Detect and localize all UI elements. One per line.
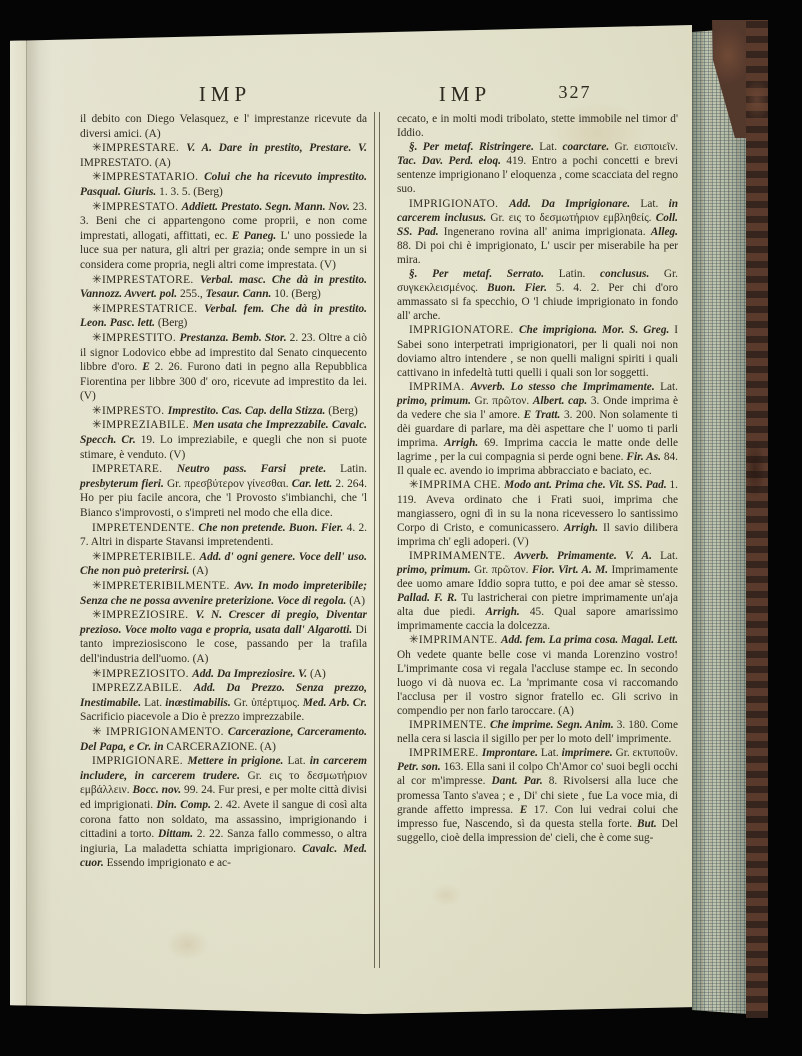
text-run: Dittam. — [158, 828, 197, 840]
text-run: Add. fem. La prima cosa. Magal. Lett. — [501, 634, 678, 646]
text-run: πρῶτον. — [492, 395, 533, 407]
text-run: il debito con Diego Velasquez, e l' impr… — [80, 113, 367, 140]
text-run: Fir. As. — [626, 451, 663, 463]
text-run: Tesaur. Cann. — [206, 288, 275, 300]
text-run: 255., — [180, 288, 206, 300]
dictionary-paragraph: ✳IMPRIMA CHE. Modo ant. Prima che. Vit. … — [397, 478, 678, 548]
dictionary-paragraph: IMPREZZABILE. Add. Da Prezzo. Senza prez… — [80, 681, 367, 725]
dictionary-paragraph: IMPRIGIONATO. Add. Da Imprigionare. Lat.… — [397, 197, 678, 267]
text-run: Bocc. nov. — [132, 784, 184, 796]
book-scan-photo: IMP IMP 327 il debito con Diego Velasque… — [0, 0, 802, 1056]
entry-headword: IMPRETARE. — [92, 463, 177, 475]
text-run: CARCERAZIONE. (A) — [166, 741, 275, 753]
dictionary-paragraph: IMPRIMAMENTE. Avverb. Primamente. V. A. … — [397, 549, 678, 634]
dictionary-paragraph: IMPRETENDENTE. Che non pretende. Buon. F… — [80, 521, 367, 550]
entry-headword: IMPRIGIONATORE. — [409, 324, 519, 336]
text-run: IMPRESTATO. (A) — [80, 157, 171, 169]
text-run: Dant. Par. — [491, 775, 548, 787]
text-run: presbyterum fieri. — [80, 478, 167, 490]
text-run: Addiett. Prestato. Segn. Mann. Nov. — [182, 201, 353, 213]
text-run: conclusus. — [600, 268, 664, 280]
text-run: Latin. — [559, 268, 600, 280]
text-run: V. A. Dare in prestito, Prestare. V. — [186, 142, 367, 154]
entry-headword: ✳IMPRETERIBILMENTE. — [92, 580, 234, 592]
page-gutter — [10, 24, 27, 1014]
text-run: Fior. Virt. A. M. — [532, 564, 612, 576]
text-run: Ingenerano rovina all' anima imprigionat… — [444, 226, 651, 238]
dictionary-paragraph: cecato, e in molti modi tribolato, stett… — [397, 112, 678, 140]
text-run: §. Per metaf. Serrato. — [409, 268, 559, 280]
text-run: Gr. — [490, 212, 508, 224]
text-run: cecato, e in molti modi tribolato, stett… — [397, 113, 678, 139]
text-run: imprimere. — [562, 747, 616, 759]
dictionary-paragraph: ✳ IMPRIGIONAMENTO. Carcerazione, Carcera… — [80, 725, 367, 754]
text-run: Sacrificio piacevole a Dio è prezzo impr… — [80, 711, 304, 723]
text-run: Oh vedete quante belle cose vi manda Lor… — [397, 649, 678, 717]
text-run: Che imprigiona. Mor. S. Greg. — [519, 324, 674, 336]
entry-headword: ✳IMPREZIOSITO. — [92, 668, 192, 680]
text-column-left: il debito con Diego Velasquez, e l' impr… — [80, 112, 367, 974]
text-run: Gr. — [615, 141, 634, 153]
dictionary-paragraph: il debito con Diego Velasquez, e l' impr… — [80, 112, 367, 141]
dictionary-paragraph: ✳IMPREZIABILE. Men usata che Imprezzabil… — [80, 418, 367, 462]
dictionary-paragraph: ✳IMPRESTATORE. Verbal. masc. Che dà in p… — [80, 273, 367, 302]
entry-headword: ✳IMPRIMANTE. — [409, 634, 501, 646]
text-run: Gr. — [475, 395, 493, 407]
text-run: Improntare. — [482, 747, 541, 759]
entry-headword: IMPRIGIONATO. — [409, 198, 509, 210]
text-run: 88. Di poi chi è imprigionato, L' uscir … — [397, 240, 678, 266]
dictionary-paragraph: ✳IMPRESTATARIO. Colui che ha ricevuto im… — [80, 170, 367, 199]
text-run: Med. Arb. Cr. — [303, 697, 367, 709]
text-run: πρεσβύτερον γίνεσθαι. — [184, 478, 291, 490]
dictionary-paragraph: §. Per metaf. Serrato. Latin. conclusus.… — [397, 267, 678, 323]
dictionary-paragraph: ✳IMPRIMANTE. Add. fem. La prima cosa. Ma… — [397, 633, 678, 718]
dictionary-paragraph: §. Per metaf. Ristringere. Lat. coarctar… — [397, 140, 678, 196]
entry-headword: IMPREZZABILE. — [92, 682, 194, 694]
text-run: Avverb. Primamente. V. A. — [514, 550, 660, 562]
text-run: E Tratt. — [524, 409, 564, 421]
text-run: Arrigh. — [564, 522, 603, 534]
text-run: Add. Da Impreziosire. V. — [192, 668, 310, 680]
running-head: IMP IMP 327 — [10, 82, 692, 108]
text-run: (A) — [349, 595, 365, 607]
text-run: coarctare. — [562, 141, 614, 153]
text-run: Modo ant. Prima che. Vit. SS. Pad. — [504, 479, 669, 491]
text-run: (Berg) — [328, 405, 358, 417]
entry-headword: IMPRIMENTE. — [409, 719, 490, 731]
text-run: §. Per metaf. Ristringere. — [409, 141, 539, 153]
text-run: Gr. — [616, 747, 633, 759]
dictionary-paragraph: ✳IMPRESTATRICE. Verbal. fem. Che dà in p… — [80, 302, 367, 331]
text-run: Add. Da Imprigionare. — [509, 198, 640, 210]
entry-headword: ✳IMPRESTARE. — [92, 142, 186, 154]
dictionary-paragraph: ✳IMPREZIOSIRE. V. N. Crescer di pregio, … — [80, 608, 367, 666]
text-run: Gr. — [247, 770, 269, 782]
text-run: Alleg. — [651, 226, 678, 238]
entry-headword: ✳ IMPRIGIONAMENTO. — [92, 726, 228, 738]
dictionary-paragraph: ✳IMPRESTO. Imprestito. Cas. Cap. della S… — [80, 404, 367, 419]
entry-headword: ✳IMPRESTITO. — [92, 332, 180, 344]
dictionary-paragraph: IMPRIMA. Avverb. Lo stesso che Imprimame… — [397, 380, 678, 479]
text-run: (A) — [310, 668, 326, 680]
text-run: Din. Comp. — [156, 799, 214, 811]
text-run: εισποιεῖν. — [634, 141, 678, 153]
dictionary-paragraph: IMPRIMENTE. Che imprime. Segn. Anim. 3. … — [397, 718, 678, 746]
entry-headword: IMPRETENDENTE. — [92, 522, 198, 534]
text-run: Lat. — [144, 697, 165, 709]
text-run: Buon. Fier. — [487, 282, 556, 294]
text-run: 1. 3. 5. (Berg) — [159, 186, 223, 198]
entry-headword: ✳IMPRESTATARIO. — [92, 171, 204, 183]
text-run: Albert. cap. — [533, 395, 591, 407]
text-run: (Berg) — [158, 317, 188, 329]
text-run: εκτυποῦν. — [633, 747, 678, 759]
text-run: Lat. — [539, 141, 562, 153]
text-run: E Paneg. — [232, 230, 281, 242]
text-run: Lat. — [541, 747, 562, 759]
text-run: Essendo imprigionato e ac- — [107, 857, 231, 869]
entry-headword: IMPRIGIONARE. — [92, 755, 187, 767]
dictionary-paragraph: IMPRETARE. Neutro pass. Farsi prete. Lat… — [80, 462, 367, 520]
text-run: Arrigh. — [444, 437, 484, 449]
text-run: (A) — [192, 565, 208, 577]
text-run: Mettere in prigione. — [187, 755, 287, 767]
entry-headword: ✳IMPREZIABILE. — [92, 419, 193, 431]
text-run: Che imprime. Segn. Anim. — [490, 719, 617, 731]
text-run: Pallad. F. R. — [397, 592, 461, 604]
text-run: Prestanza. Bemb. Stor. — [180, 332, 290, 344]
text-run: πρῶτον. — [492, 564, 532, 576]
gutter-shadow — [26, 24, 52, 1014]
entry-headword: IMPRIMAMENTE. — [409, 550, 514, 562]
text-run: 10. (Berg) — [274, 288, 321, 300]
text-run: E — [142, 361, 155, 373]
text-run: primo, primum. — [397, 395, 475, 407]
text-run: Lat. — [288, 755, 310, 767]
page-number: 327 — [540, 82, 610, 103]
running-head-left: IMP — [170, 82, 280, 107]
text-run: Car. lett. — [292, 478, 336, 490]
entry-headword: IMPRIMA. — [409, 381, 470, 393]
text-run: συγκεκλεισμένος. — [397, 282, 487, 294]
text-run: ὑπέρτιμος. — [251, 697, 303, 709]
dictionary-paragraph: ✳IMPREZIOSITO. Add. Da Impreziosire. V. … — [80, 667, 367, 682]
text-run: Che non pretende. Buon. Fier. — [198, 522, 346, 534]
column-divider-rule — [374, 112, 380, 968]
entry-headword: ✳IMPRIMA CHE. — [409, 479, 504, 491]
text-run: Neutro pass. Farsi prete. — [177, 463, 340, 475]
text-run: Gr. — [234, 697, 251, 709]
text-column-right: cecato, e in molti modi tribolato, stett… — [397, 112, 678, 986]
entry-headword: ✳IMPRESTATO. — [92, 201, 182, 213]
dictionary-paragraph: ✳IMPRETERIBILMENTE. Avv. In modo imprete… — [80, 579, 367, 608]
entry-headword: ✳IMPRESTATRICE. — [92, 303, 204, 315]
text-run: Imprestito. Cas. Cap. della Stizza. — [168, 405, 328, 417]
text-run: Latin. — [340, 463, 367, 475]
book-cover-edge — [746, 20, 768, 1018]
entry-headword: IMPRIMERE. — [409, 747, 482, 759]
running-head-right: IMP — [410, 82, 520, 107]
entry-headword: ✳IMPRETERIBILE. — [92, 551, 200, 563]
dictionary-paragraph: ✳IMPRETERIBILE. Add. d' ogni genere. Voc… — [80, 550, 367, 579]
text-run: primo, primum. — [397, 564, 474, 576]
text-run: inæstimabilis. — [165, 697, 234, 709]
text-run: Tac. Dav. Perd. eloq. — [397, 155, 506, 167]
text-run: Arrigh. — [486, 606, 530, 618]
text-run: Gr. — [474, 564, 492, 576]
entry-headword: ✳IMPREZIOSIRE. — [92, 609, 195, 621]
text-run: Petr. son. — [397, 761, 444, 773]
text-run: Lat. — [660, 381, 678, 393]
text-run: But. — [637, 818, 662, 830]
dictionary-paragraph: IMPRIMERE. Improntare. Lat. imprimere. G… — [397, 746, 678, 845]
text-run: Gr. — [664, 268, 678, 280]
dictionary-paragraph: ✳IMPRESTARE. V. A. Dare in prestito, Pre… — [80, 141, 367, 170]
dictionary-paragraph: IMPRIGIONATORE. Che imprigiona. Mor. S. … — [397, 323, 678, 379]
text-run: Lat. — [660, 550, 678, 562]
dictionary-paragraph: ✳IMPRESTITO. Prestanza. Bemb. Stor. 2. 2… — [80, 331, 367, 404]
dictionary-paragraph: ✳IMPRESTATO. Addiett. Prestato. Segn. Ma… — [80, 200, 367, 273]
text-run: Gr. — [167, 478, 184, 490]
text-run: Lat. — [640, 198, 668, 210]
book-fore-edge — [692, 28, 746, 1014]
entry-headword: ✳IMPRESTATORE. — [92, 274, 200, 286]
entry-headword: ✳IMPRESTO. — [92, 405, 168, 417]
text-run: Avverb. Lo stesso che Imprimamente. — [470, 381, 660, 393]
dictionary-paragraph: IMPRIGIONARE. Mettere in prigione. Lat. … — [80, 754, 367, 871]
text-run: E — [520, 804, 534, 816]
text-run: εις το δεσμωτήριον εμβληθείς. — [509, 212, 656, 224]
